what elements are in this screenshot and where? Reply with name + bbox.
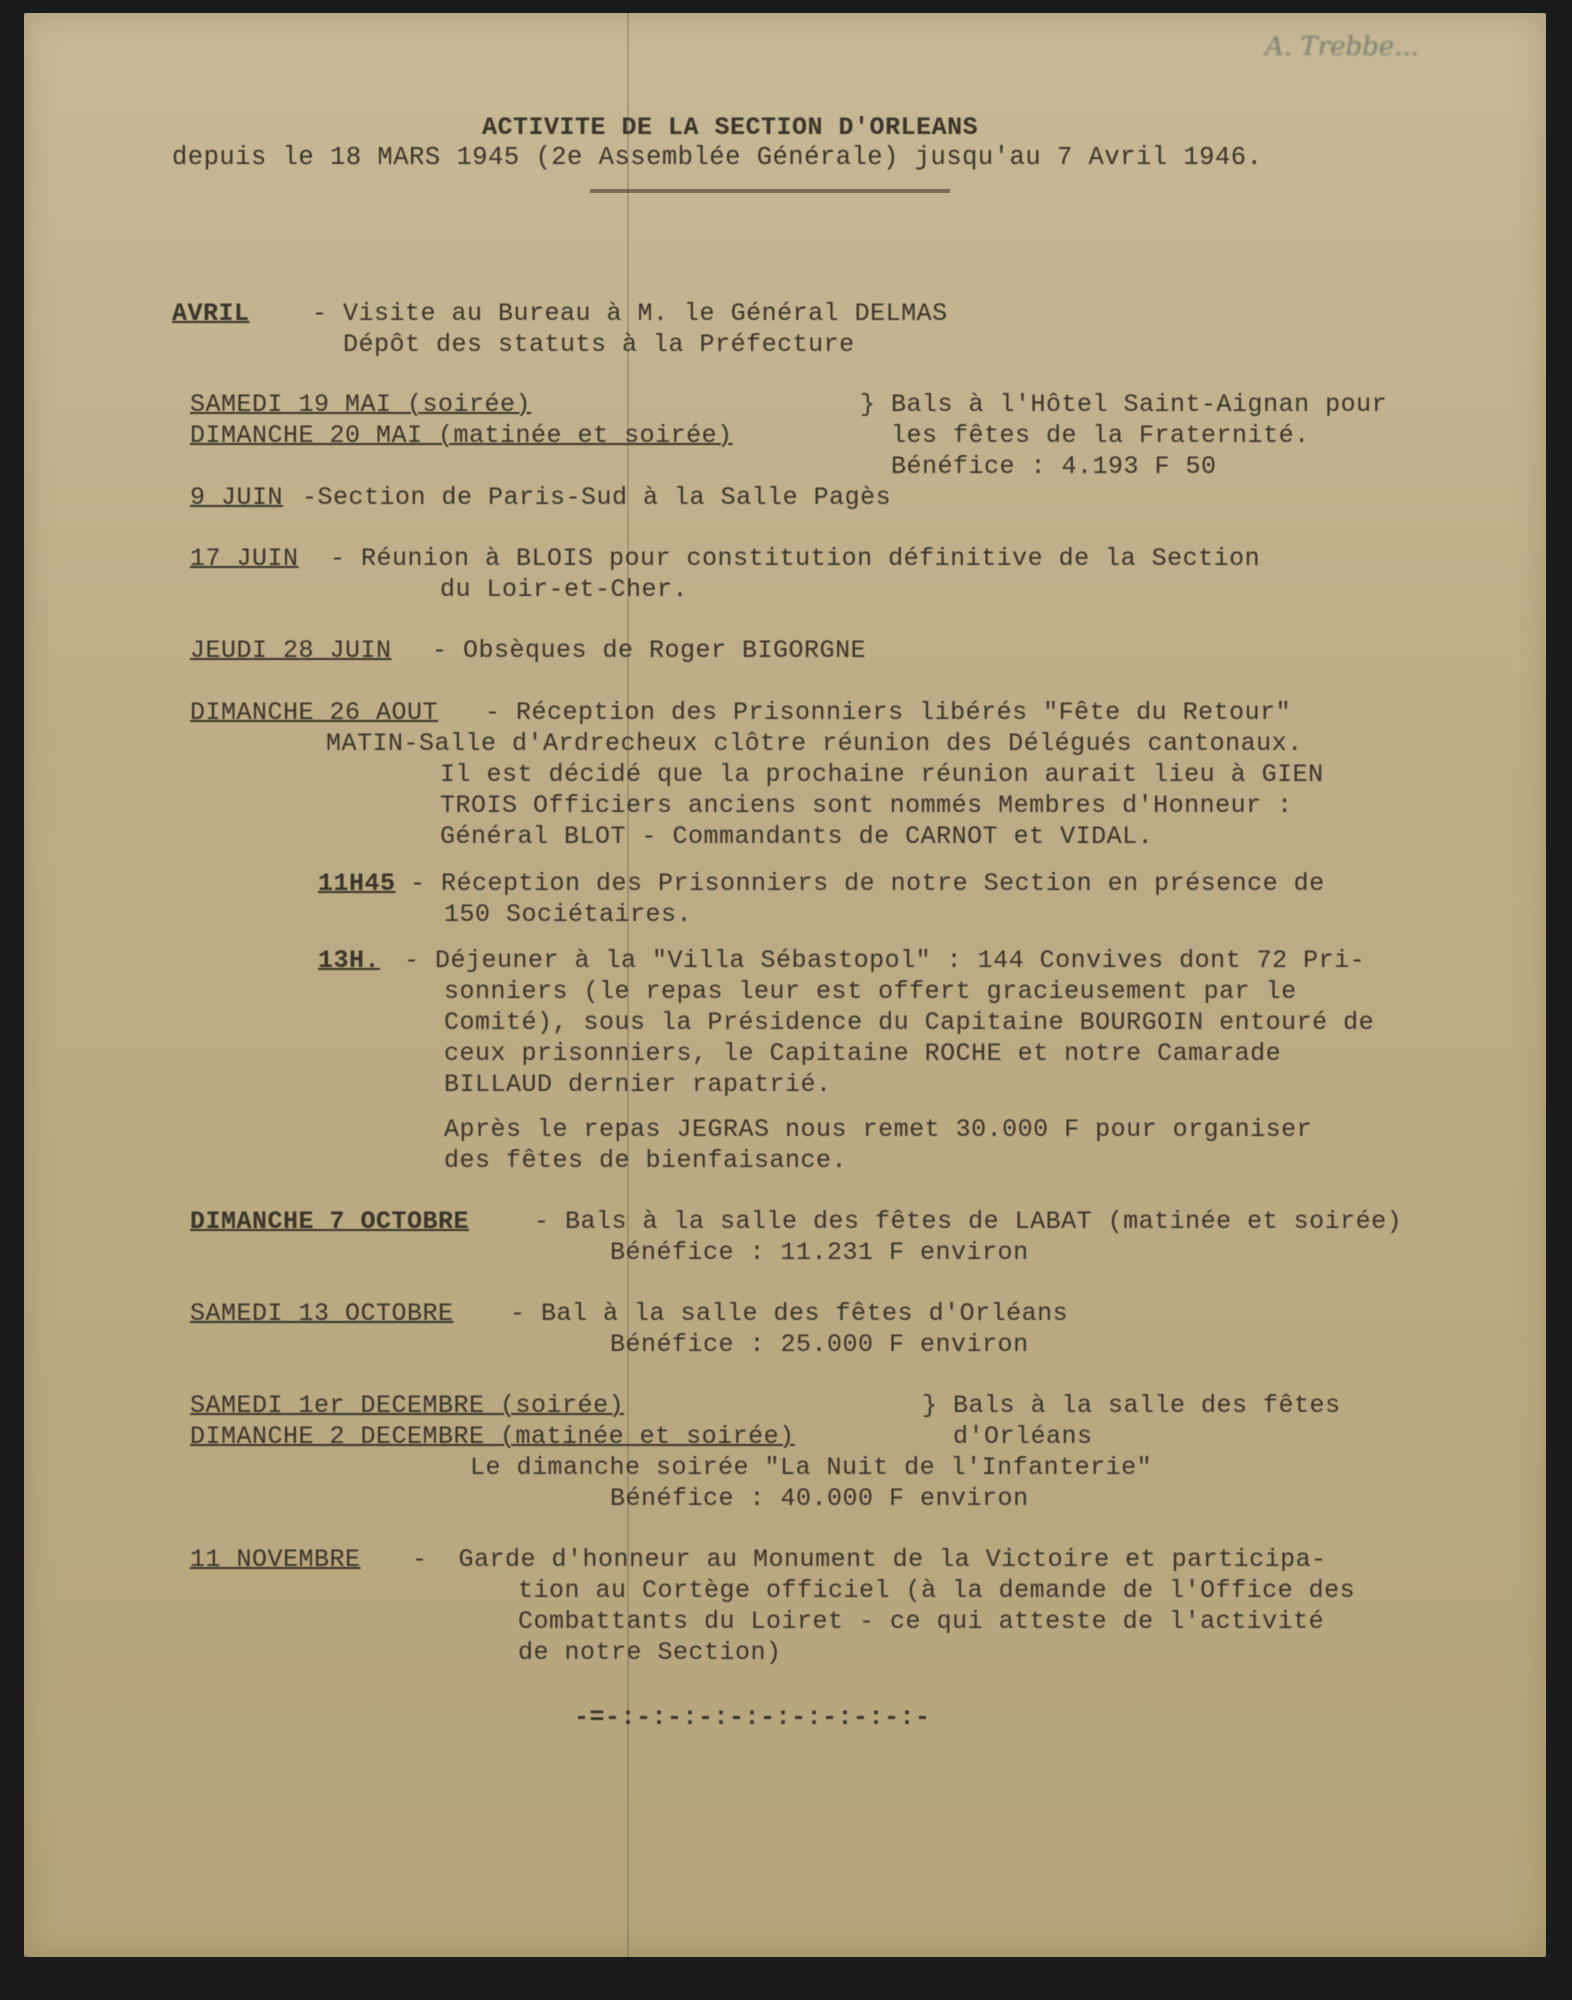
entry-date: 11 NOVEMBRE [190, 1544, 361, 1575]
entry-date: 9 JUIN [190, 482, 283, 513]
entry-date: 13H. [318, 945, 380, 976]
entry-line: - Réception des Prisonniers libérés "Fêt… [485, 697, 1291, 728]
entry-line: - Obsèques de Roger BIGORGNE [432, 635, 866, 666]
entry-line: TROIS Officiers anciens sont nommés Memb… [440, 790, 1293, 821]
entry-line: du Loir-et-Cher. [440, 574, 688, 605]
entry-date: AVRIL [172, 298, 250, 329]
entry-line: Bénéfice : 40.000 F environ [610, 1483, 1029, 1514]
handwritten-note: A. Trebbe... [1265, 32, 1419, 62]
entry-line: tion au Cortège officiel (à la demande d… [518, 1575, 1355, 1606]
entry-line: 150 Sociétaires. [444, 899, 692, 930]
entry-line: - Réunion à BLOIS pour constitution défi… [330, 543, 1260, 574]
entry-line: BILLAUD dernier rapatrié. [444, 1069, 832, 1100]
entry-date: DIMANCHE 20 MAI (matinée et soirée) [190, 420, 733, 451]
entry-line: ceux prisonniers, le Capitaine ROCHE et … [444, 1038, 1281, 1069]
title-rule [590, 189, 950, 193]
entry-line: Comité), sous la Présidence du Capitaine… [444, 1007, 1374, 1038]
entry-line: les fêtes de la Fraternité. [860, 420, 1310, 451]
entry-date: DIMANCHE 26 AOUT [190, 697, 438, 728]
entry-date: SAMEDI 1er DECEMBRE (soirée) [190, 1390, 624, 1421]
document-subtitle: depuis le 18 MARS 1945 (2e Assemblée Gén… [172, 142, 1262, 173]
entry-date: SAMEDI 13 OCTOBRE [190, 1298, 454, 1329]
entry-line: Bénéfice : 11.231 F environ [610, 1237, 1029, 1268]
entry-line: - Réception des Prisonniers de notre Sec… [410, 868, 1325, 899]
entry-date: DIMANCHE 7 OCTOBRE [190, 1206, 469, 1237]
entry-date: 11H45 [318, 868, 396, 899]
entry-line: d'Orléans [922, 1421, 1093, 1452]
entry-line: Le dimanche soirée "La Nuit de l'Infante… [470, 1452, 1152, 1483]
entry-line: sonniers (le repas leur est offert graci… [444, 976, 1297, 1007]
entry-date: SAMEDI 19 MAI (soirée) [190, 389, 531, 420]
entry-line: -Section de Paris-Sud à la Salle Pagès [302, 482, 891, 513]
entry-line: - Bal à la salle des fêtes d'Orléans [510, 1298, 1068, 1329]
entry-line: Général BLOT - Commandants de CARNOT et … [440, 821, 1153, 852]
entry-line: - Bals à la salle des fêtes de LABAT (ma… [534, 1206, 1402, 1237]
entry-line: } Bals à l'Hôtel Saint-Aignan pour [860, 389, 1387, 420]
end-mark: -=-:-:-:-:-:-:-:-:-:-:- [574, 1702, 931, 1733]
entry-line: - Déjeuner à la "Villa Sébastopol" : 144… [404, 945, 1365, 976]
entry-line: - Visite au Bureau à M. le Général DELMA… [312, 298, 948, 329]
entry-line: Combattants du Loiret - ce qui atteste d… [518, 1606, 1324, 1637]
entry-line: de notre Section) [518, 1637, 782, 1668]
document-title: ACTIVITE DE LA SECTION D'ORLEANS [482, 112, 978, 143]
entry-line: Bénéfice : 4.193 F 50 [860, 451, 1217, 482]
entry-line: Dépôt des statuts à la Préfecture [312, 329, 855, 360]
entry-line: Bénéfice : 25.000 F environ [610, 1329, 1029, 1360]
entry-line: MATIN-Salle d'Ardrecheux clôtre réunion … [326, 728, 1303, 759]
entry-date: 17 JUIN [190, 543, 299, 574]
entry-line: - Garde d'honneur au Monument de la Vict… [412, 1544, 1327, 1575]
entry-line: Il est décidé que la prochaine réunion a… [440, 759, 1324, 790]
entry-date: JEUDI 28 JUIN [190, 635, 392, 666]
entry-line: des fêtes de bienfaisance. [444, 1145, 847, 1176]
entry-line: } Bals à la salle des fêtes [922, 1390, 1341, 1421]
entry-line: Après le repas JEGRAS nous remet 30.000 … [444, 1114, 1312, 1145]
entry-date: DIMANCHE 2 DECEMBRE (matinée et soirée) [190, 1421, 795, 1452]
